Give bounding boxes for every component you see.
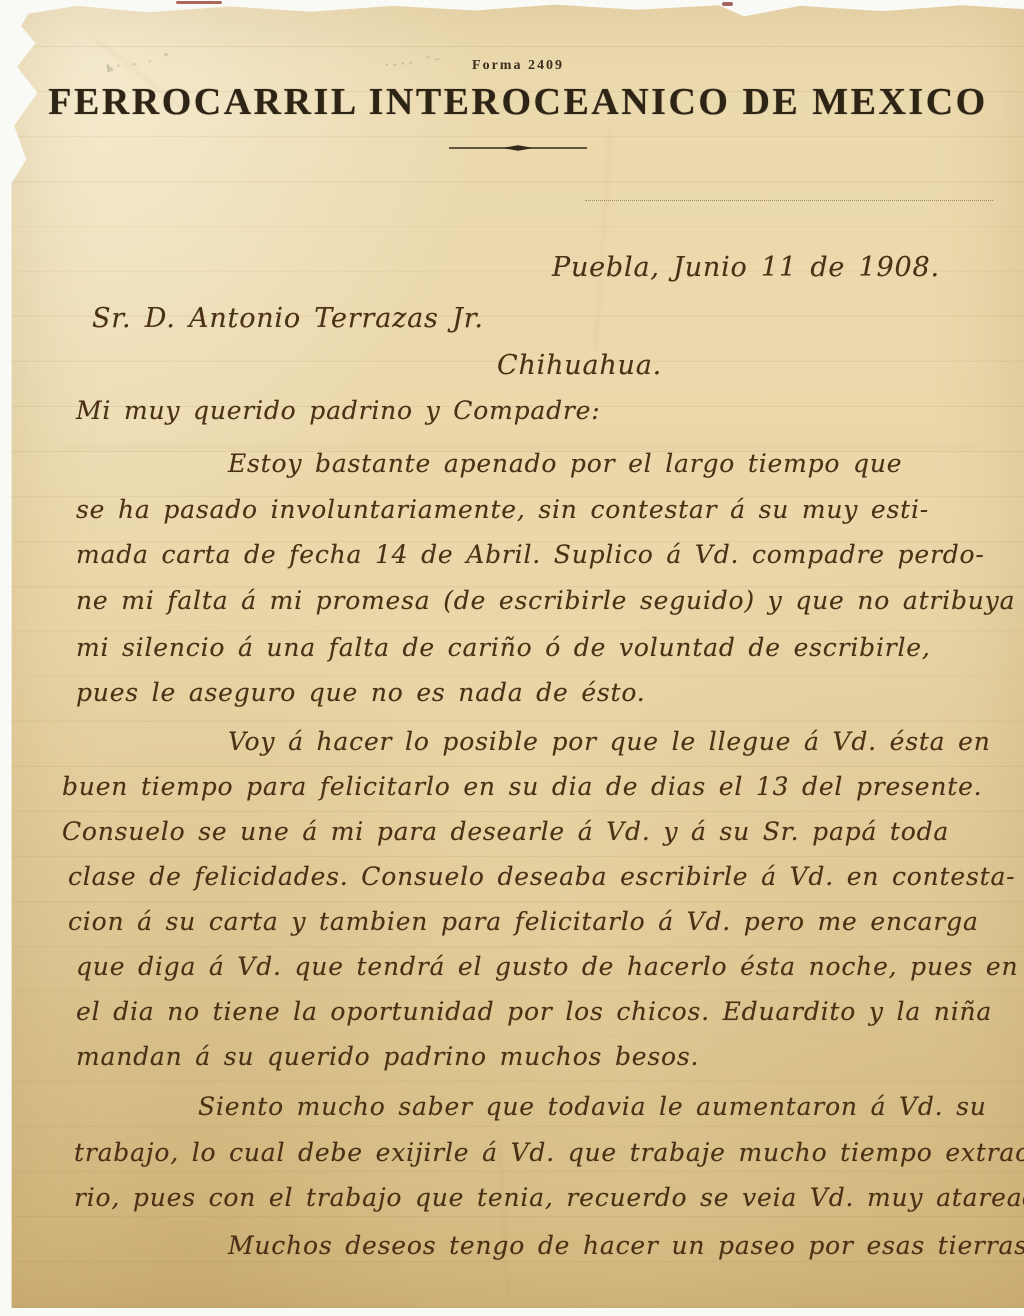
body-line: cion á su carta y tambien para felicitar…: [68, 907, 979, 936]
body-line: que diga á Vd. que tendrá el gusto de ha…: [76, 952, 1018, 981]
body-line: el dia no tiene la oportunidad por los c…: [76, 997, 992, 1026]
form-number: Forma 2409: [28, 58, 1008, 74]
body-line: Muchos deseos tengo de hacer un paseo po…: [228, 1231, 1024, 1260]
torn-edge-mark: [722, 2, 733, 6]
body-line: clase de felicidades. Consuelo deseaba e…: [68, 862, 1015, 891]
letterhead: Forma 2409 FERROCARRIL INTEROCEANICO DE …: [28, 58, 1008, 157]
body-line: Consuelo se une á mi para desearle á Vd.…: [62, 817, 949, 846]
printed-date-line: [585, 199, 993, 201]
body-line: se ha pasado involuntariamente, sin cont…: [76, 495, 929, 524]
paper-crease: [66, 446, 976, 448]
body-line: Voy á hacer lo posible por que le llegue…: [228, 727, 991, 756]
body-line: trabajo, lo cual debe exijirle á Vd. que…: [74, 1138, 1024, 1167]
body-line: buen tiempo para felicitarlo en su dia d…: [62, 772, 982, 801]
body-line: Siento mucho saber que todavia le aument…: [198, 1092, 987, 1121]
body-line: mi silencio á una falta de cariño ó de v…: [76, 633, 931, 662]
company-name: FERROCARRIL INTEROCEANICO DE MEXICO: [28, 80, 1008, 124]
addressee: Sr. D. Antonio Terrazas Jr.: [92, 303, 484, 334]
french-rule-ornament: [28, 138, 1008, 157]
body-line: mada carta de fecha 14 de Abril. Suplico…: [76, 540, 985, 569]
body-line: pues le aseguro que no es nada de ésto.: [76, 678, 646, 707]
salutation: Mi muy querido padrino y Compadre:: [76, 396, 600, 425]
addressee-city: Chihuahua.: [497, 350, 662, 381]
body-line: ne mi falta á mi promesa (de escribirle …: [76, 586, 1015, 615]
scanned-letter-page: ь· ‐ · ˝ ·‐·· ´⁻ Forma 2409 FERROCARRIL …: [0, 0, 1024, 1316]
body-line: mandan á su querido padrino muchos besos…: [76, 1042, 699, 1071]
body-line: rio, pues con el trabajo que tenia, recu…: [74, 1183, 1024, 1212]
body-line: Estoy bastante apenado por el largo tiem…: [228, 449, 902, 478]
dateline: Puebla, Junio 11 de 1908.: [552, 252, 940, 283]
torn-edge-mark: [176, 1, 222, 4]
